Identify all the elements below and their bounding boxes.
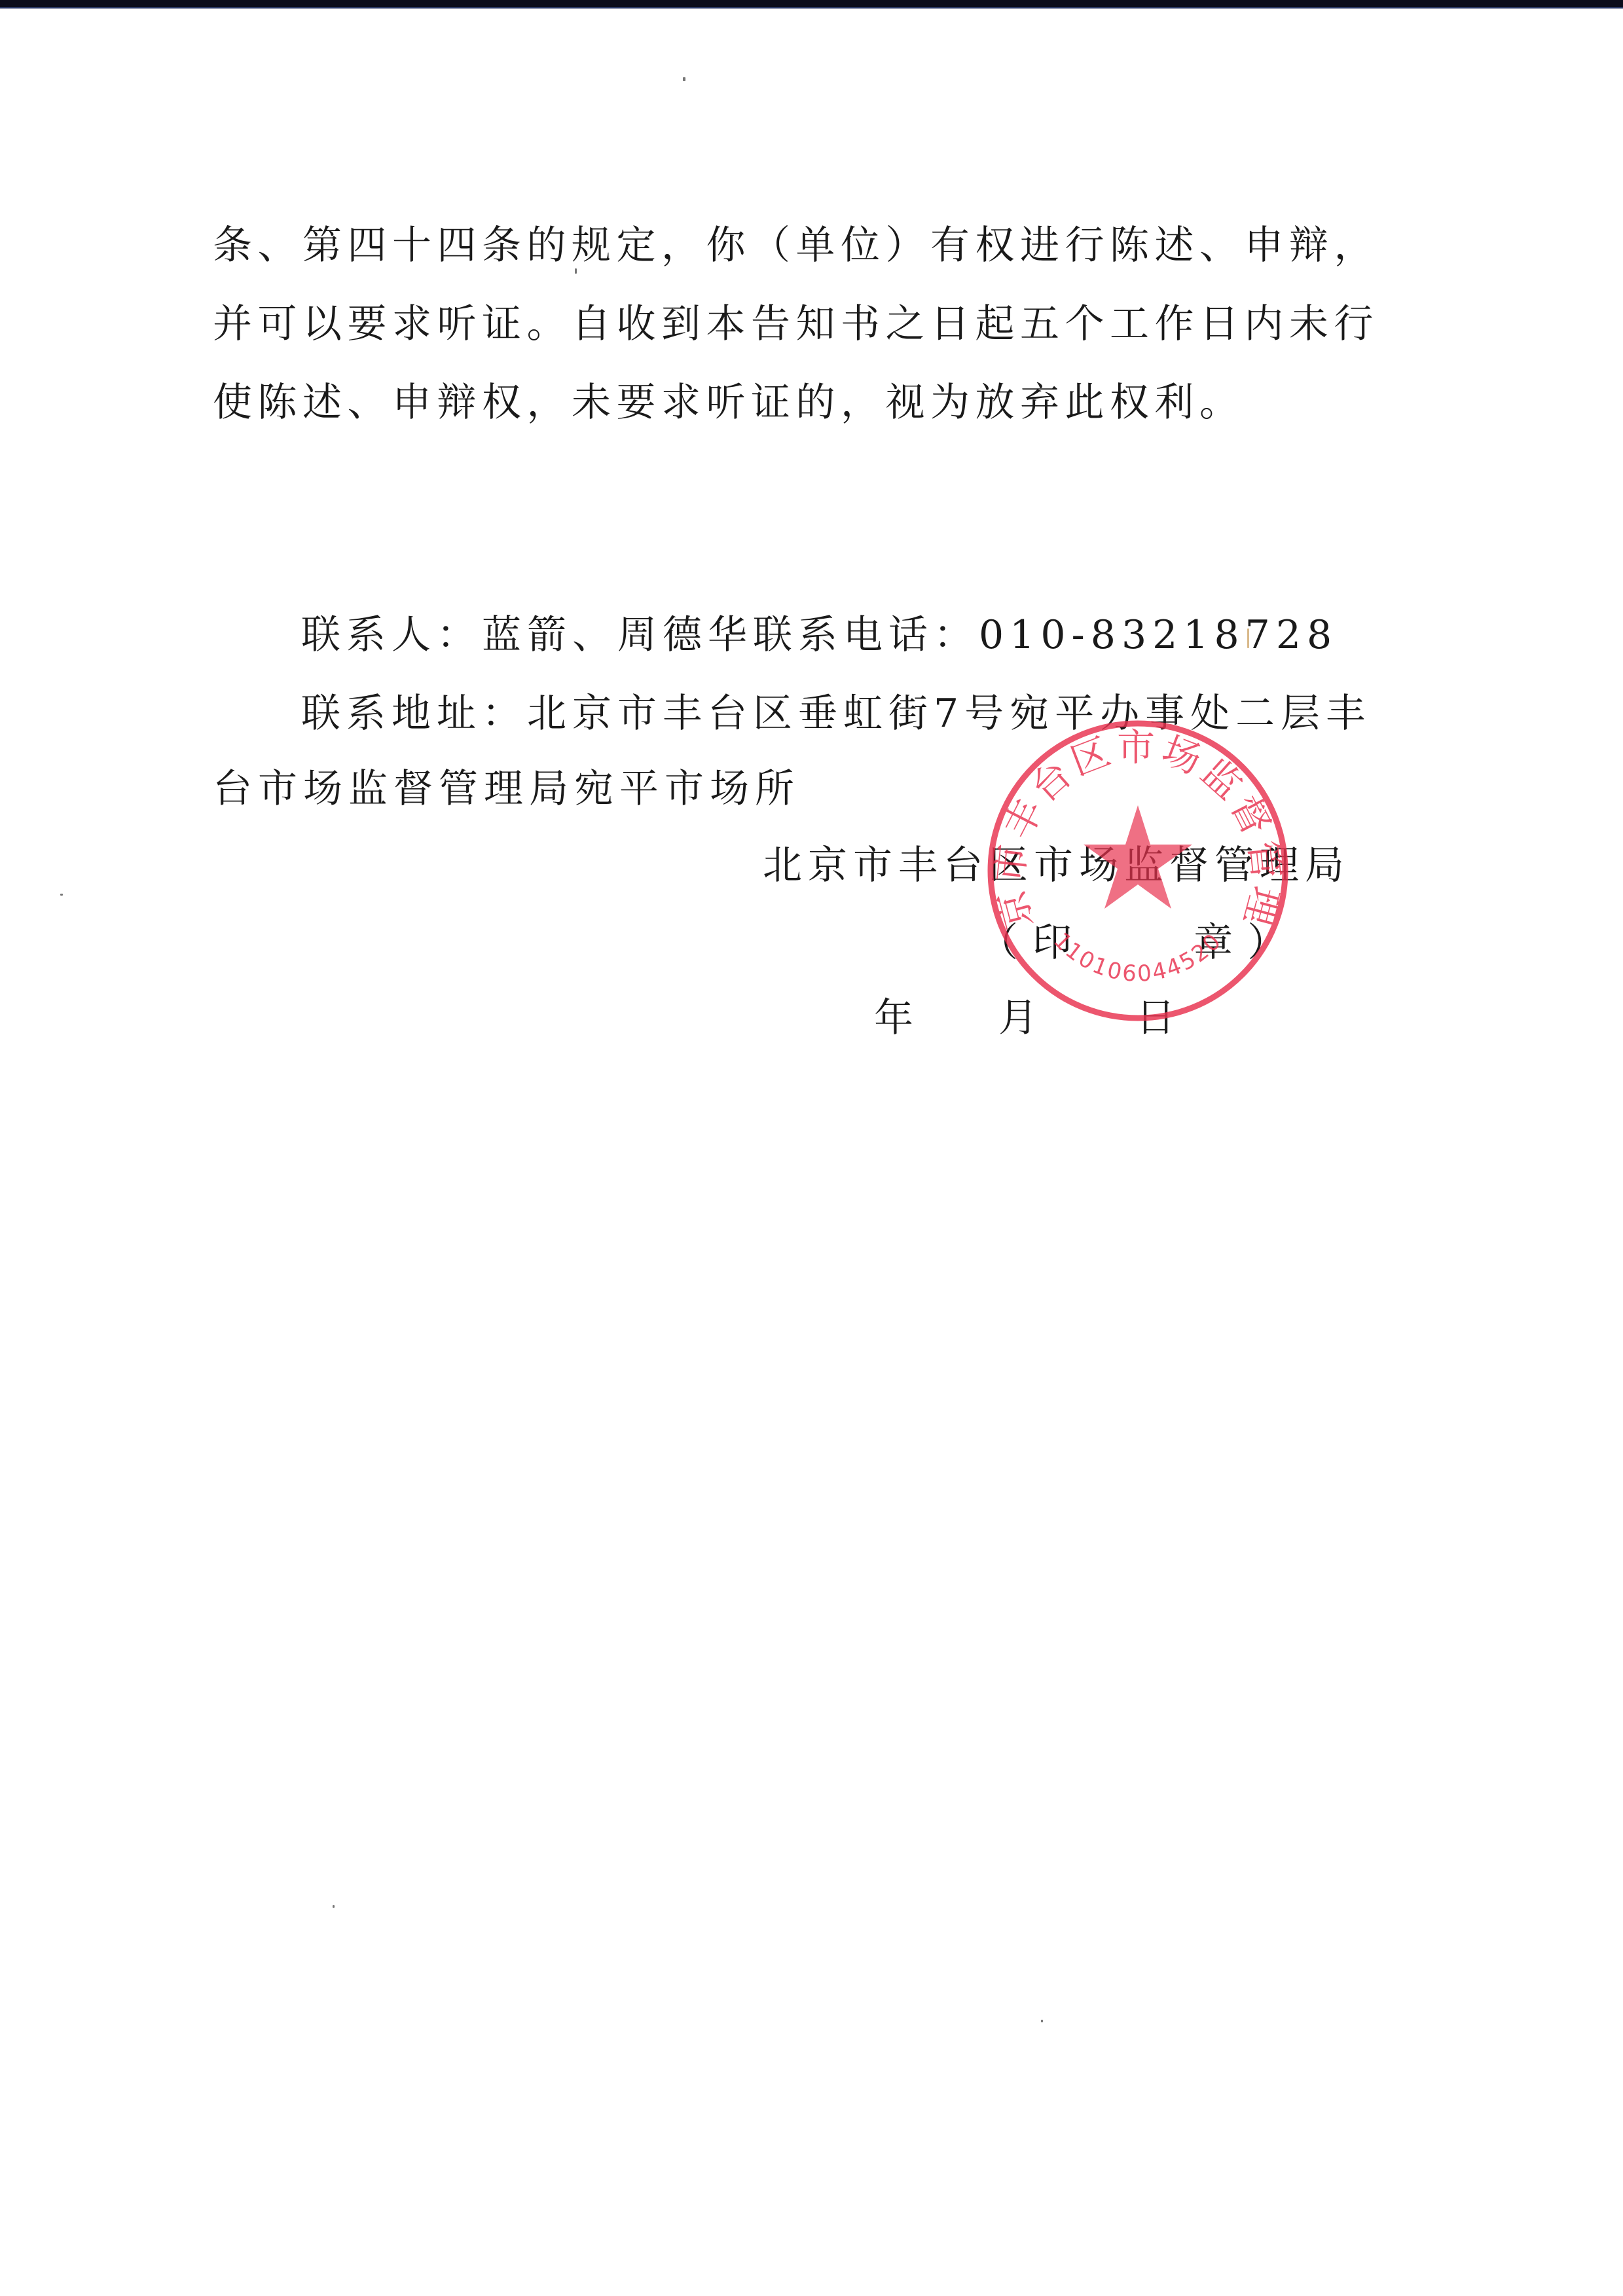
- seal-label: （印 章）: [979, 923, 1301, 962]
- date-month: 月: [998, 998, 1044, 1038]
- scan-speck: [683, 77, 685, 81]
- contact-person-line: 联系人：蓝箭、周德华联系电话：010-83218728: [301, 615, 1338, 655]
- scan-speck: [60, 894, 63, 896]
- contact-address-line-2: 台市场监督管理局宛平市场所: [213, 769, 800, 809]
- scan-speck: [1247, 629, 1249, 648]
- issuing-organization: 北京市丰台区市场监督管理局: [763, 846, 1350, 885]
- scan-speck: [333, 1905, 335, 1908]
- paragraph-line-3: 使陈述、申辩权，未要求听证的，视为放弃此权利。: [213, 383, 1245, 422]
- seal-ring-text: 北京市丰台区市场监督管理局: [984, 717, 1289, 934]
- date-day: 日: [1136, 998, 1181, 1038]
- scan-speck: [575, 268, 577, 274]
- contact-address-line-1: 联系地址：北京市丰台区垂虹街7号宛平办事处二层丰: [301, 694, 1371, 733]
- date-year: 年: [874, 998, 919, 1038]
- paragraph-line-1: 条、第四十四条的规定，你（单位）有权进行陈述、申辩，: [213, 226, 1379, 265]
- scan-edge-band: [0, 0, 1623, 9]
- scan-speck: [1041, 2020, 1043, 2022]
- paragraph-line-2: 并可以要求听证。自收到本告知书之日起五个工作日内未行: [213, 304, 1379, 344]
